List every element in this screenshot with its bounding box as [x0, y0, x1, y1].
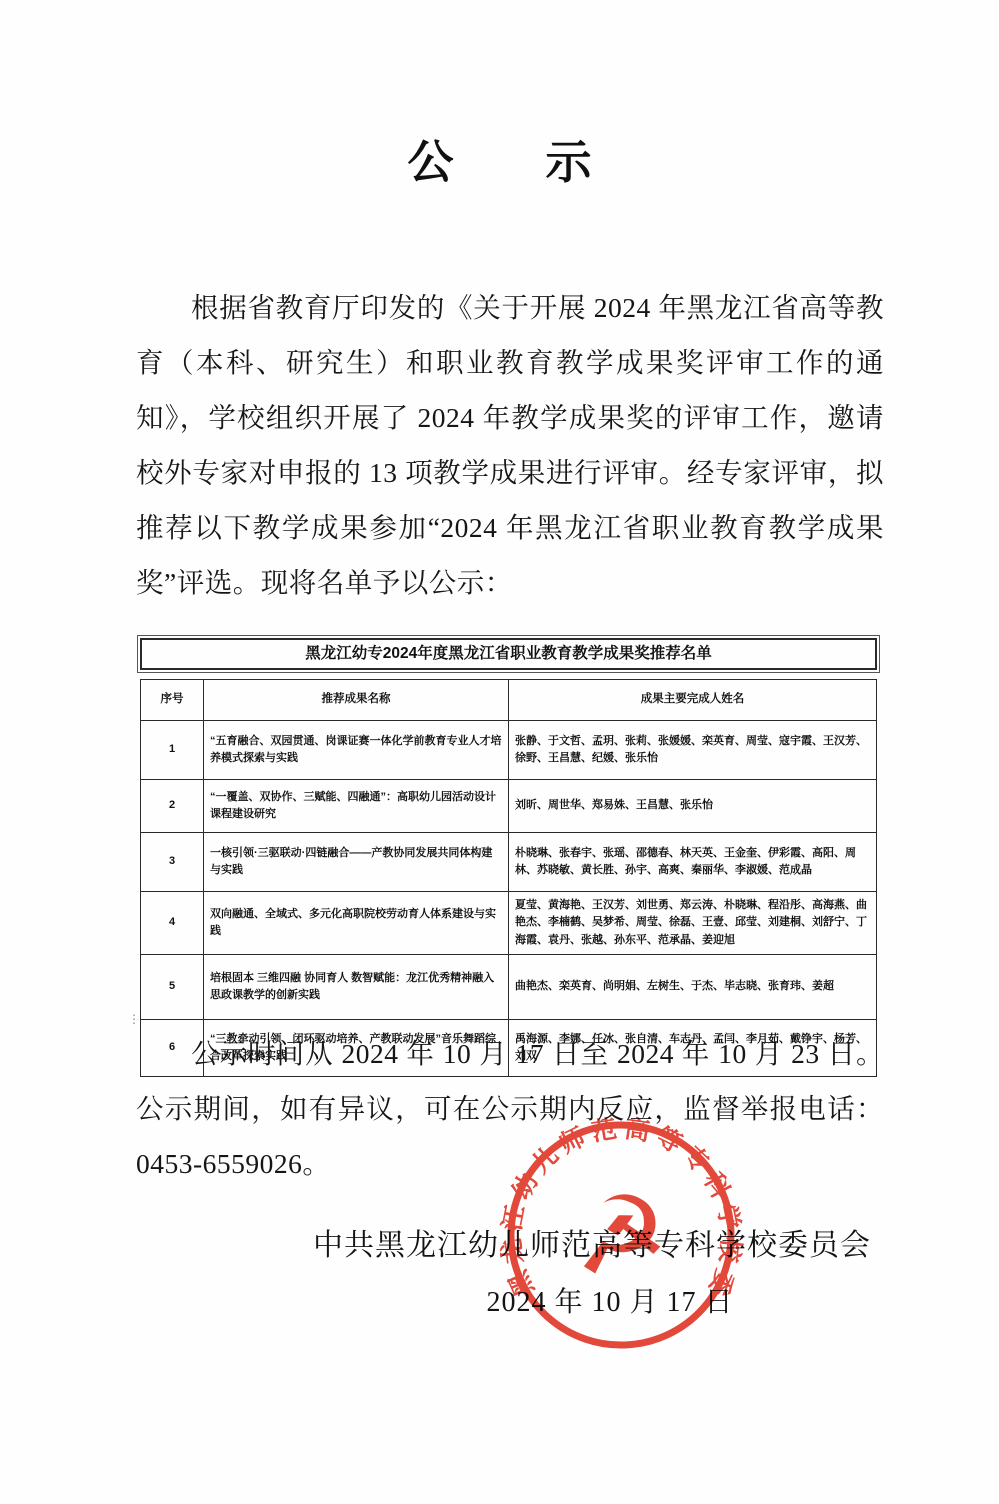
scan-artifact: ⋮	[128, 1012, 142, 1027]
table-caption: 黑龙江幼专2024年度黑龙江省职业教育教学成果奖推荐名单	[140, 638, 877, 670]
table-row: 2 “一覆盖、双协作、三赋能、四融通”：高职幼儿园活动设计课程建设研究 刘昕、周…	[141, 780, 877, 833]
achievement-name: “五育融合、双园贯通、岗课证赛一体化学前教育专业人才培养模式探索与实践	[204, 721, 509, 780]
completer-names: 夏莹、黄海艳、王汉芳、刘世勇、郑云涛、朴晓琳、程沿彤、高海燕、曲艳杰、李楠鹤、吴…	[509, 892, 877, 955]
table-row: 3 一核引领·三驱联动·四链融合——产教协同发展共同体构建与实践 朴晓琳、张春宇…	[141, 833, 877, 892]
intro-paragraph: 根据省教育厅印发的《关于开展 2024 年黑龙江省高等教育（本科、研究生）和职业…	[136, 280, 884, 610]
header-completers: 成果主要完成人姓名	[509, 680, 877, 721]
row-index: 3	[141, 833, 204, 892]
achievement-name: 培根固本 三维四融 协同育人 数智赋能：龙江优秀精神融入思政课教学的创新实践	[204, 955, 509, 1020]
hammer-sickle-icon: ☭	[570, 1172, 671, 1300]
recommendation-table: 序号 推荐成果名称 成果主要完成人姓名 1 “五育融合、双园贯通、岗课证赛一体化…	[140, 679, 877, 1077]
completer-names: 张静、于文哲、孟玥、张莉、张媛媛、栾英育、周莹、寇宇霞、王汉芳、徐野、王昌慧、纪…	[509, 721, 877, 780]
table-row: 1 “五育融合、双园贯通、岗课证赛一体化学前教育专业人才培养模式探索与实践 张静…	[141, 721, 877, 780]
completer-names: 朴晓琳、张春宇、张瑶、邵德春、林天英、王金奎、伊彩霞、高阳、周林、苏晓敏、黄长胜…	[509, 833, 877, 892]
recommendation-table-block: 黑龙江幼专2024年度黑龙江省职业教育教学成果奖推荐名单 序号 推荐成果名称 成…	[140, 638, 877, 1077]
page-title: 公 示	[0, 126, 999, 192]
completer-names: 曲艳杰、栾英育、尚明娟、左树生、于杰、毕志晓、张育玮、姜超	[509, 955, 877, 1020]
row-index: 5	[141, 955, 204, 1020]
row-index: 1	[141, 721, 204, 780]
table-header-row: 序号 推荐成果名称 成果主要完成人姓名	[141, 680, 877, 721]
document-page: 公 示 根据省教育厅印发的《关于开展 2024 年黑龙江省高等教育（本科、研究生…	[0, 0, 999, 1504]
achievement-name: “一覆盖、双协作、三赋能、四融通”：高职幼儿园活动设计课程建设研究	[204, 780, 509, 833]
header-achievement-name: 推荐成果名称	[204, 680, 509, 721]
table-row: 4 双向融通、全域式、多元化高职院校劳动育人体系建设与实践 夏莹、黄海艳、王汉芳…	[141, 892, 877, 955]
table-row: 5 培根固本 三维四融 协同育人 数智赋能：龙江优秀精神融入思政课教学的创新实践…	[141, 955, 877, 1020]
achievement-name: 双向融通、全域式、多元化高职院校劳动育人体系建设与实践	[204, 892, 509, 955]
achievement-name: 一核引领·三驱联动·四链融合——产教协同发展共同体构建与实践	[204, 833, 509, 892]
completer-names: 刘昕、周世华、郑易姝、王昌慧、张乐怡	[509, 780, 877, 833]
row-index: 4	[141, 892, 204, 955]
header-index: 序号	[141, 680, 204, 721]
row-index: 2	[141, 780, 204, 833]
official-seal: 黑龙江幼儿师范高等专科学校委员会 ☭	[485, 1099, 756, 1370]
